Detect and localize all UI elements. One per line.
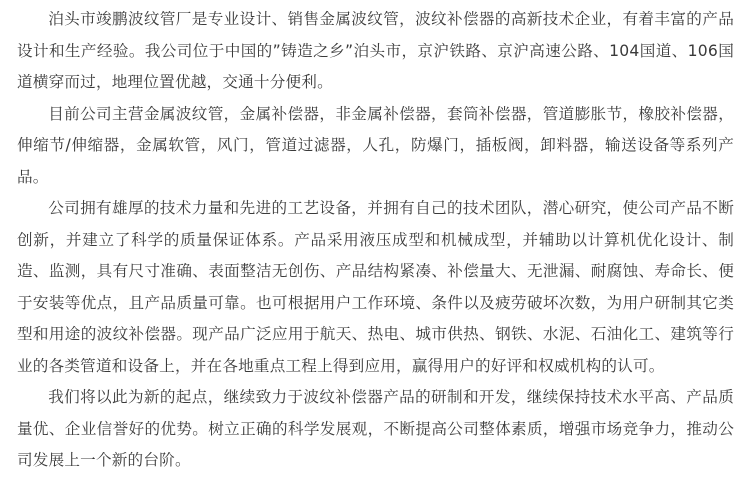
paragraph-main-products: 目前公司主营金属波纹管，金属补偿器，非金属补偿器，套筒补偿器，管道膨胀节，橡胶补… xyxy=(17,99,734,194)
company-introduction: 泊头市竣鹏波纹管厂是专业设计、销售金属波纹管，波纹补偿器的高新技术企业，有着丰富… xyxy=(0,0,750,477)
paragraph-future-goals: 我们将以此为新的起点，继续致力于波纹补偿器产品的研制和开发，继续保持技术水平高、… xyxy=(17,382,734,477)
paragraph-technology-quality: 公司拥有雄厚的技术力量和先进的工艺设备，并拥有自己的技术团队，潜心研究，使公司产… xyxy=(17,193,734,382)
paragraph-company-overview: 泊头市竣鹏波纹管厂是专业设计、销售金属波纹管，波纹补偿器的高新技术企业，有着丰富… xyxy=(17,4,734,99)
